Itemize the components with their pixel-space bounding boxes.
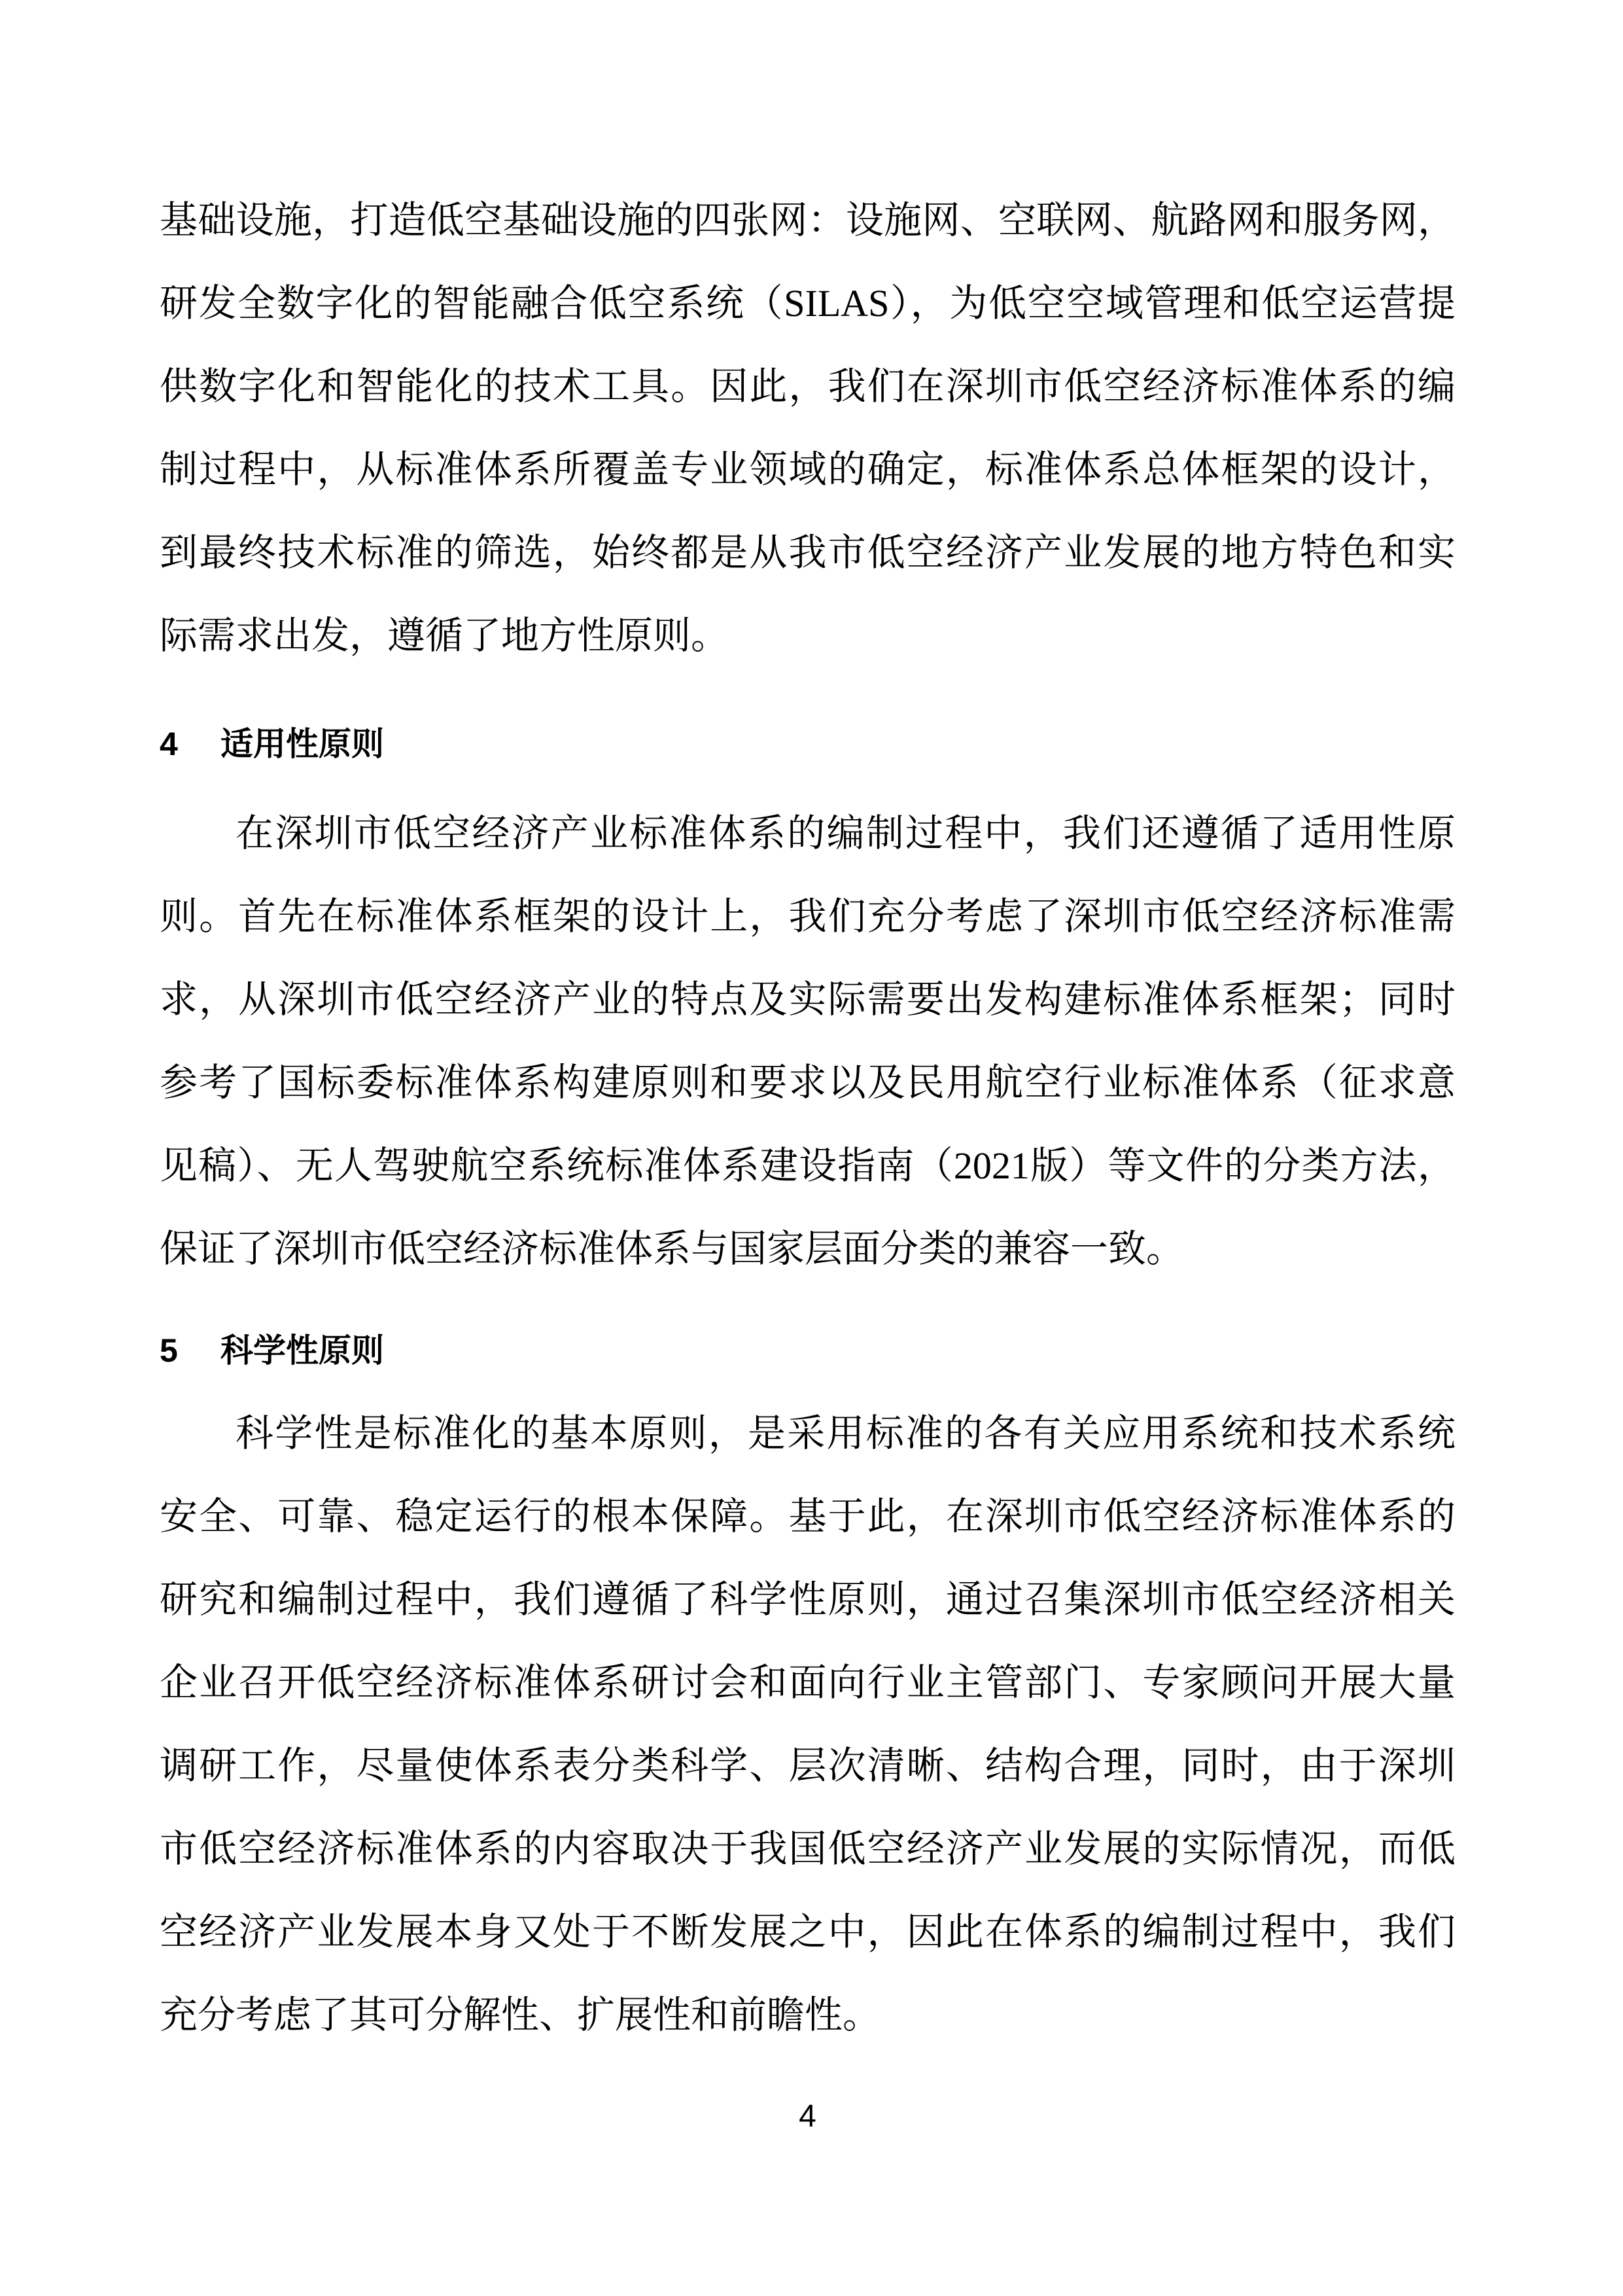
text-line: 充分考虑了其可分解性、扩展性和前瞻性。 [160,1973,1456,2057]
text-line: 制过程中，从标准体系所覆盖专业领域的确定，标准体系总体框架的设计， [160,428,1456,511]
text-line: 市低空经济标准体系的内容取决于我国低空经济产业发展的实际情况，而低 [160,1807,1456,1890]
text-line: 求，从深圳市低空经济产业的特点及实际需要出发构建标准体系框架；同时 [160,958,1456,1041]
text-line: 基础设施，打造低空基础设施的四张网：设施网、空联网、航路网和服务网， [160,179,1456,262]
text-line: 际需求出发，遵循了地方性原则。 [160,594,1456,677]
text-line: 安全、可靠、稳定运行的根本保障。基于此，在深圳市低空经济标准体系的 [160,1475,1456,1558]
text-line: 保证了深圳市低空经济标准体系与国家层面分类的兼容一致。 [160,1207,1456,1290]
section-number: 5 [160,1330,220,1371]
page-number: 4 [160,2097,1456,2136]
section-heading-applicability: 4适用性原则 [160,723,1456,765]
text-line: 科学性是标准化的基本原则，是采用标准的各有关应用系统和技术系统 [160,1392,1456,1475]
text-line: 研究和编制过程中，我们遵循了科学性原则，通过召集深圳市低空经济相关 [160,1558,1456,1641]
content-column: 基础设施，打造低空基础设施的四张网：设施网、空联网、航路网和服务网， 研发全数字… [160,0,1456,2296]
section-title: 科学性原则 [220,1332,384,1369]
section-title: 适用性原则 [220,726,384,762]
text-line: 调研工作，尽量使体系表分类科学、层次清晰、结构合理，同时，由于深圳 [160,1724,1456,1807]
text-line: 供数字化和智能化的技术工具。因此，我们在深圳市低空经济标准体系的编 [160,345,1456,428]
paragraph-applicability: 在深圳市低空经济产业标准体系的编制过程中，我们还遵循了适用性原 则。首先在标准体… [160,792,1456,1290]
paragraph-scientific: 科学性是标准化的基本原则，是采用标准的各有关应用系统和技术系统 安全、可靠、稳定… [160,1392,1456,2057]
text-line: 在深圳市低空经济产业标准体系的编制过程中，我们还遵循了适用性原 [160,792,1456,875]
section-heading-scientific: 5科学性原则 [160,1330,1456,1371]
document-page: 基础设施，打造低空基础设施的四张网：设施网、空联网、航路网和服务网， 研发全数字… [0,0,1623,2296]
text-line: 见稿）、无人驾驶航空系统标准体系建设指南（2021版）等文件的分类方法， [160,1124,1456,1207]
text-line: 则。首先在标准体系框架的设计上，我们充分考虑了深圳市低空经济标准需 [160,875,1456,958]
text-line: 到最终技术标准的筛选，始终都是从我市低空经济产业发展的地方特色和实 [160,511,1456,594]
paragraph-continuation: 基础设施，打造低空基础设施的四张网：设施网、空联网、航路网和服务网， 研发全数字… [160,179,1456,677]
section-number: 4 [160,723,220,765]
text-line: 空经济产业发展本身又处于不断发展之中，因此在体系的编制过程中，我们 [160,1890,1456,1973]
text-line: 企业召开低空经济标准体系研讨会和面向行业主管部门、专家顾问开展大量 [160,1641,1456,1724]
text-line: 参考了国标委标准体系构建原则和要求以及民用航空行业标准体系（征求意 [160,1041,1456,1124]
text-line: 研发全数字化的智能融合低空系统（SILAS），为低空空域管理和低空运营提 [160,262,1456,345]
